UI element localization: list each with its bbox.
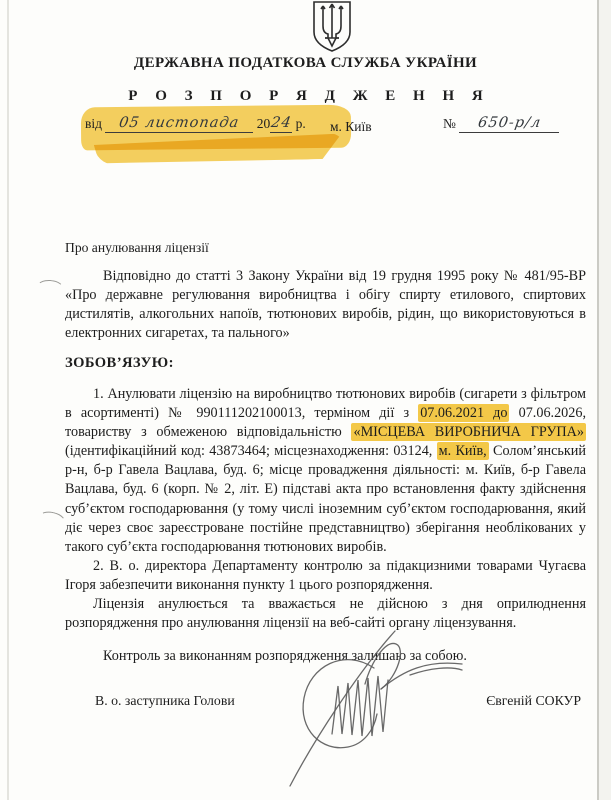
item2-paragraph: 2. В. о. директора Департаменту контролю… — [65, 557, 586, 595]
org-name: ДЕРЖАВНА ПОДАТКОВА СЛУЖБА УКРАЇНИ — [0, 55, 611, 72]
item1-paragraph: 1. Анулювати ліцензію на виробництво тют… — [65, 385, 586, 557]
number-field: № 650-р/л — [443, 116, 559, 133]
hole-punch-mark — [35, 279, 64, 298]
year-printed: 20 — [257, 116, 271, 131]
highlighted-text: «МІСЦЕВА ВИРОБНИЧА ГРУПА» — [351, 423, 586, 441]
oblige-heading: ЗОБОВ’ЯЗУЮ: — [65, 355, 586, 372]
city-label: м. Київ — [330, 119, 372, 135]
scan-edge-left — [7, 0, 9, 800]
signer-name: Євгеній СОКУР — [486, 693, 581, 709]
doc-type-title: Р О З П О Р Я Д Ж Е Н Н Я — [0, 88, 611, 105]
number-handwritten: 650-р/л — [477, 115, 543, 131]
date-field: від 05 листопада 2024 р. — [85, 116, 306, 133]
scan-edge-band — [599, 0, 611, 800]
subject-line: Про анулювання ліцензії — [65, 240, 586, 256]
number-label: № — [443, 116, 456, 131]
highlighted-text: 07.06.2021 до — [418, 404, 509, 422]
trident-emblem-icon — [309, 1, 355, 53]
year-underline: 24 — [270, 116, 292, 133]
date-handwritten: 05 листопада — [118, 115, 241, 131]
text-segment: (ідентифікаційний код: 43873464; місцезн… — [65, 443, 437, 459]
text-segment: Солом’янський р-н, б-р Гавела Вацлава, б… — [65, 443, 586, 554]
hole-punch-mark — [36, 509, 67, 532]
highlighted-text: м. Київ, — [437, 442, 489, 460]
year-handwritten: 24 — [270, 115, 293, 131]
intro-paragraph: Відповідно до статті 3 Закону України ві… — [65, 267, 586, 343]
date-from-label: від — [85, 116, 102, 131]
signature-row: В. о. заступника Голови Євгеній СОКУР — [95, 693, 581, 709]
year-suffix: р. — [296, 116, 306, 131]
document-body: Про анулювання ліцензії Відповідно до ст… — [65, 240, 586, 666]
number-underline: 650-р/л — [459, 116, 559, 133]
signer-position-label: В. о. заступника Голови — [95, 693, 235, 709]
scan-edge-right — [597, 0, 599, 800]
document-page: ДЕРЖАВНА ПОДАТКОВА СЛУЖБА УКРАЇНИ Р О З … — [0, 0, 611, 800]
date-underline: 05 листопада — [105, 116, 253, 133]
